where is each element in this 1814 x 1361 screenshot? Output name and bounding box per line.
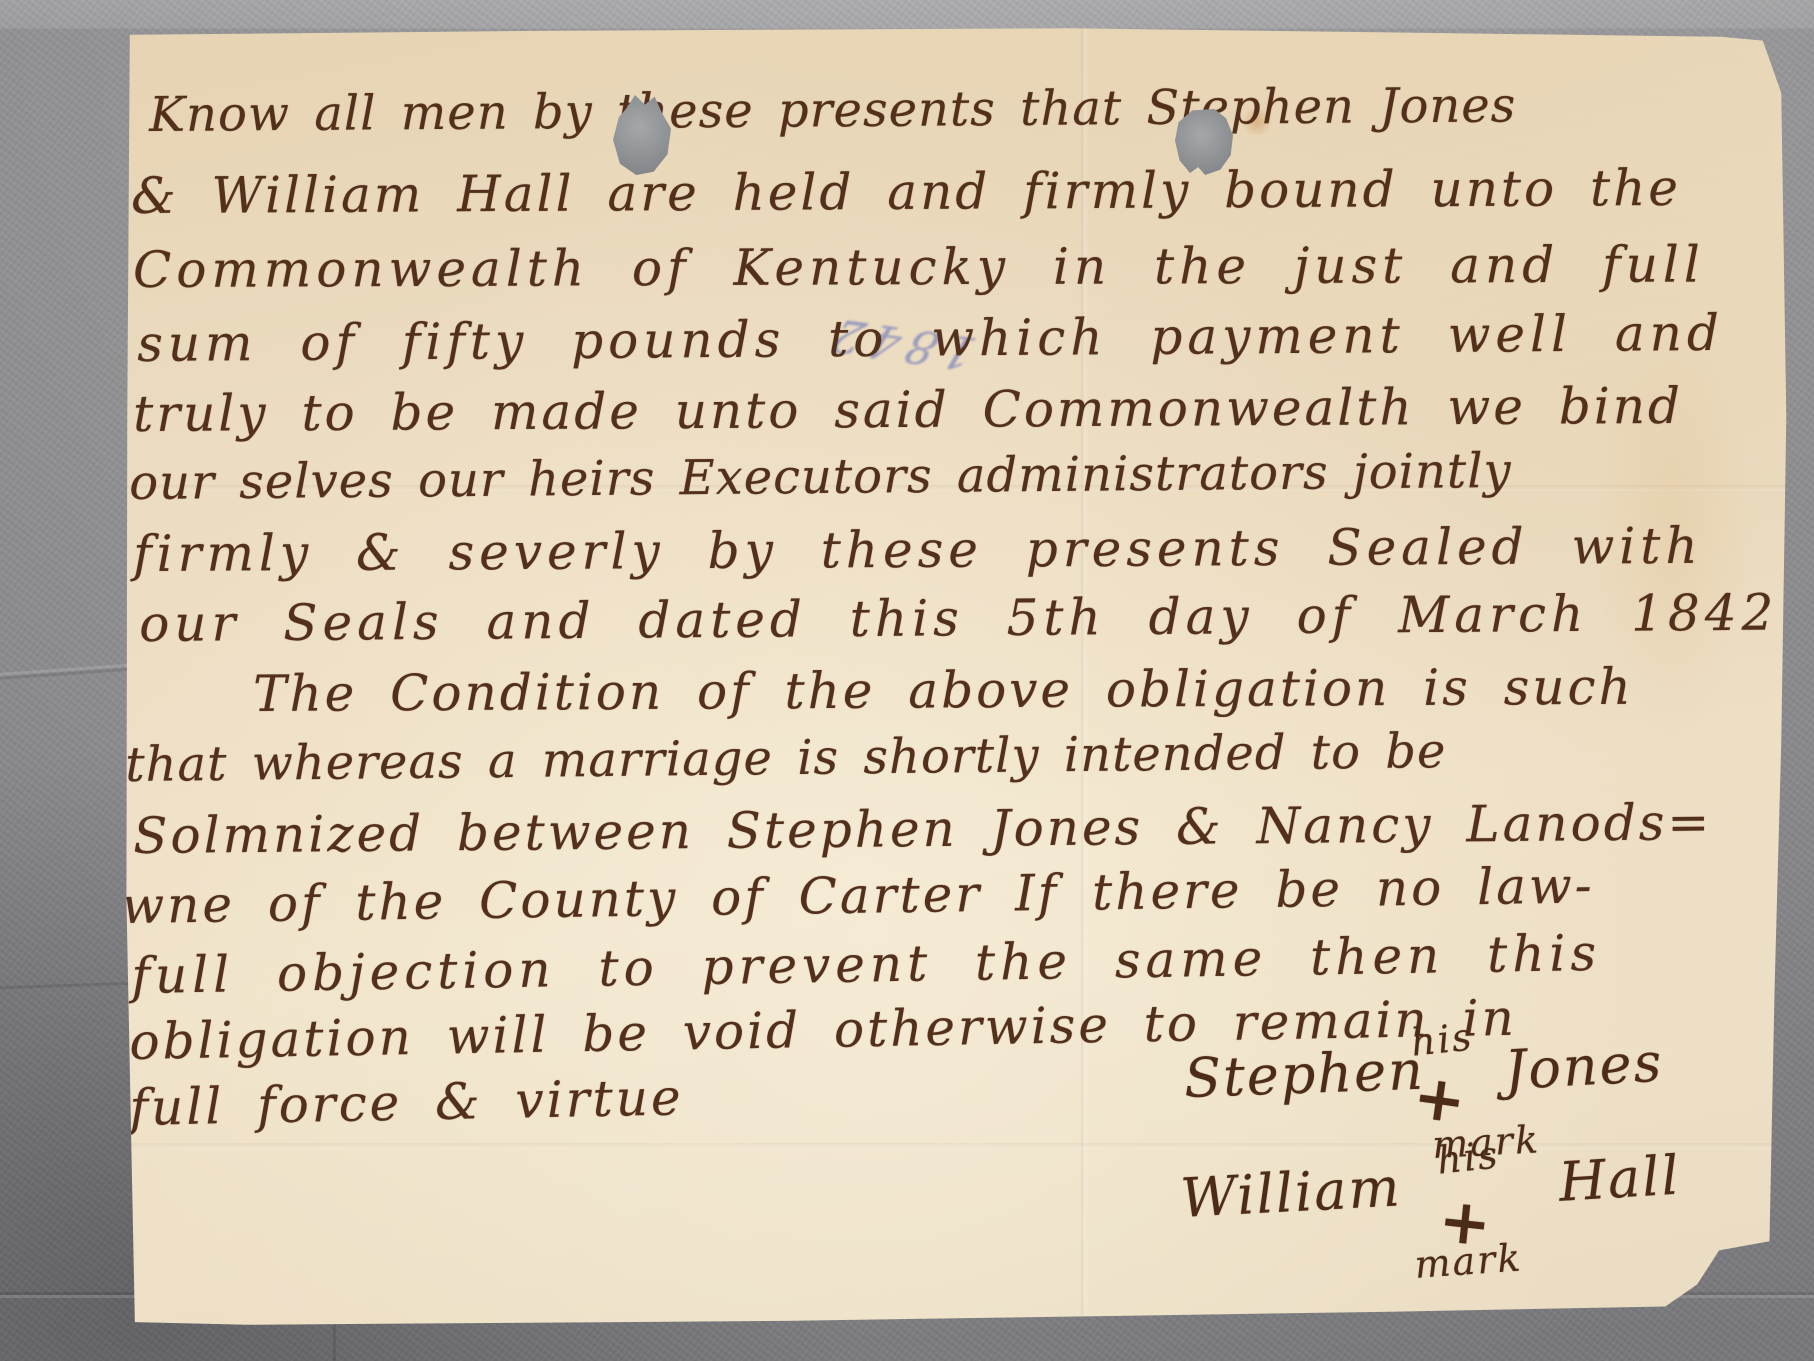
document-paper: 1842 Know all men by these presents that… [113, 25, 1793, 1330]
document-line-8: our Seals and dated this 5th day of Marc… [139, 583, 1799, 653]
signature-stephen-surname: Jones [1503, 1031, 1665, 1102]
signature-stephen-given-name: Stephen [1183, 1039, 1426, 1110]
document-line-7: firmly & severly by these presents Seale… [133, 517, 1703, 583]
document-line-6: our selves our heirs Executors administr… [129, 443, 1512, 511]
fold-crease-horizontal-lower [113, 1143, 1793, 1149]
signature-stephen-his-label: his [1409, 1015, 1475, 1065]
photo-surface: 1842 Know all men by these presents that… [0, 0, 1814, 1361]
signature-william-mark-label: mark [1413, 1235, 1524, 1286]
signature-william-his-label: his [1435, 1133, 1501, 1183]
document-line-3: Commonwealth of Kentucky in the just and… [133, 236, 1705, 299]
document-line-12: wne of the County of Carter If there be … [121, 856, 1595, 935]
document-line-5: truly to be made unto said Commonwealth … [133, 377, 1683, 443]
document-line-11: Solmnized between Stephen Jones & Nancy … [133, 793, 1713, 865]
signature-william-given-name: William [1179, 1155, 1403, 1229]
signature-william-surname: Hall [1557, 1144, 1682, 1214]
document-line-1: Know all men by these presents that Step… [149, 77, 1517, 143]
document-line-10: that whereas a marriage is shortly inten… [125, 723, 1447, 793]
document-line-2: & William Hall are held and firmly bound… [131, 159, 1681, 225]
document-line-15: full force & virtue [129, 1068, 684, 1137]
document-line-4: sum of fifty pounds to which payment wel… [137, 304, 1724, 373]
document-line-9: The Condition of the above obligation is… [253, 658, 1634, 723]
